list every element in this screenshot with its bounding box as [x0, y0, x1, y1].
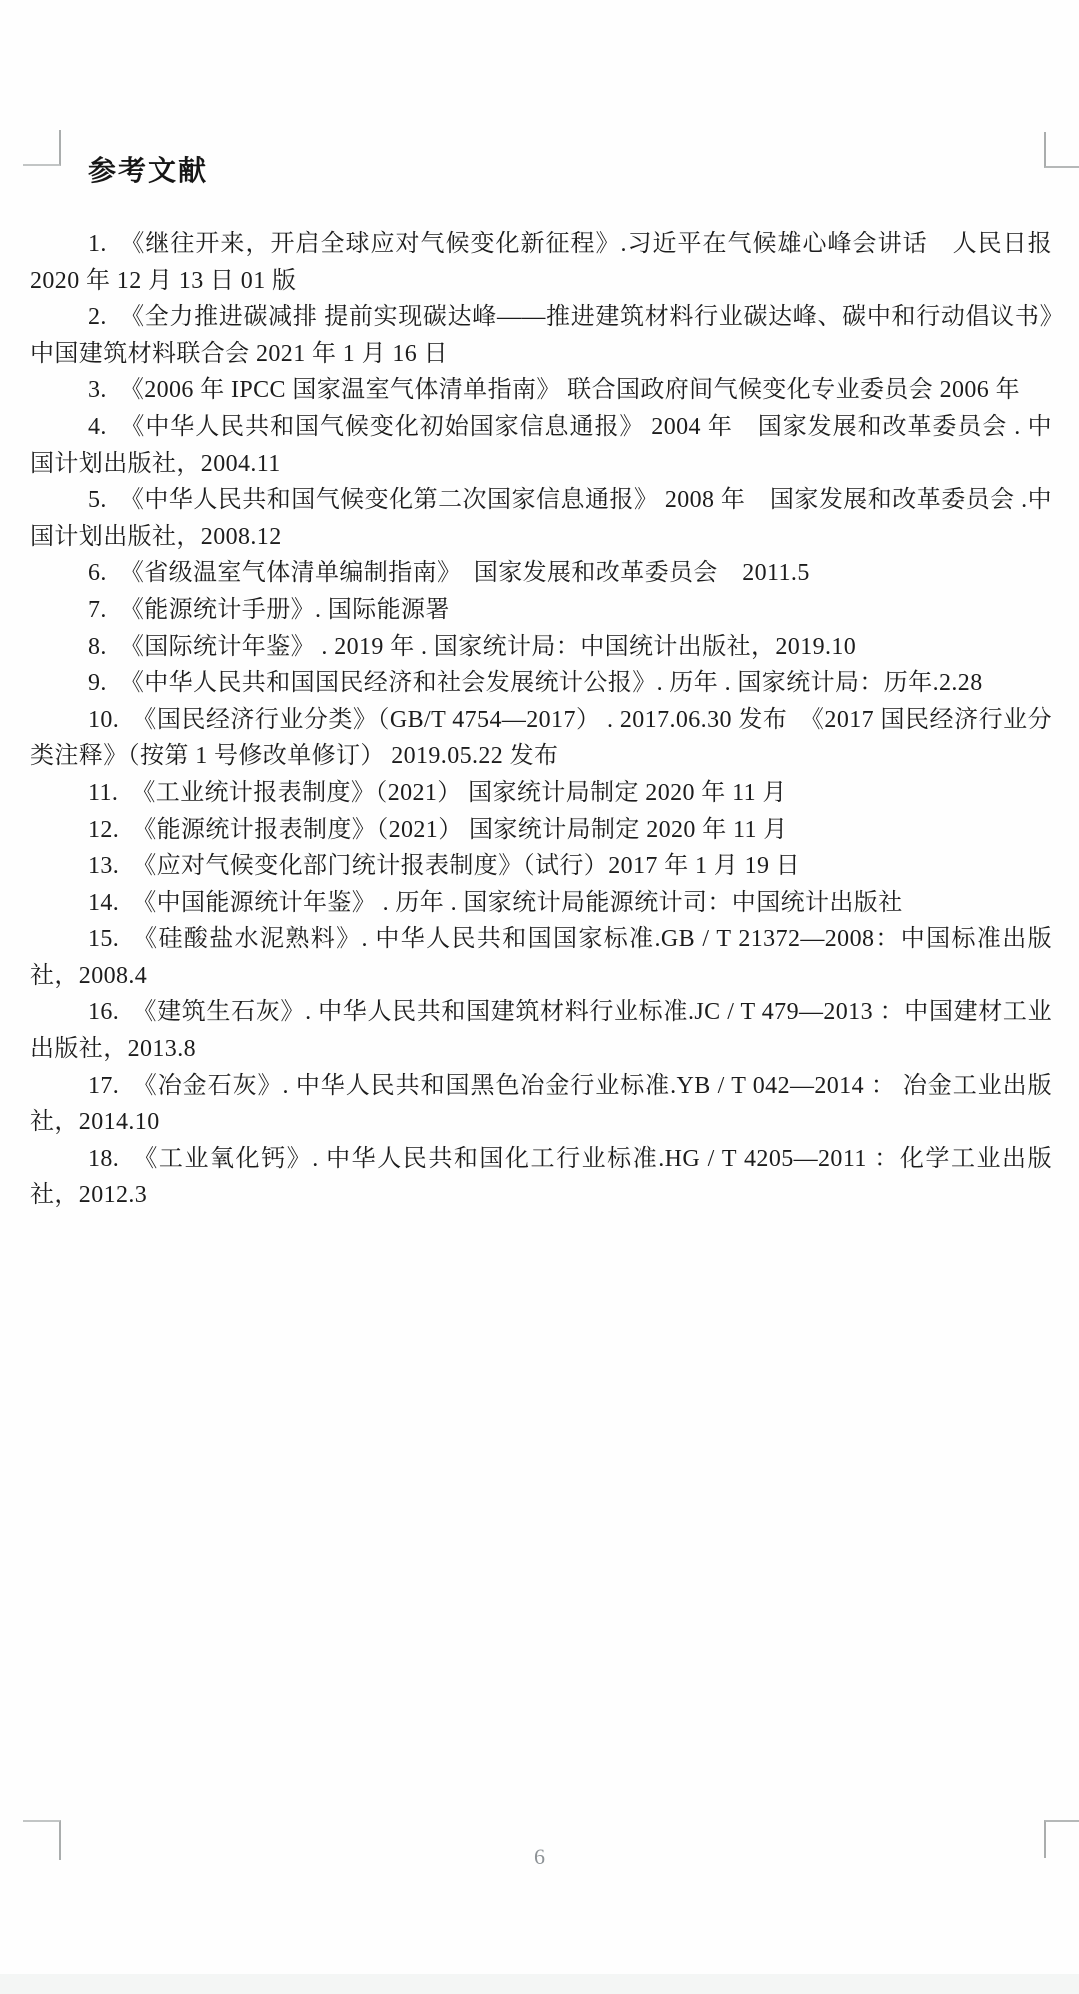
- reference-item: 6.《省级温室气体清单编制指南》 国家发展和改革委员会 2011.5: [30, 555, 1052, 592]
- reference-item: 1.《继往开来，开启全球应对气候变化新征程》.习近平在气候雄心峰会讲话 人民日报…: [30, 226, 1052, 299]
- reference-number: 14.: [88, 890, 119, 916]
- reference-text: 《冶金石灰》. 中华人民共和国黑色冶金行业标准.YB / T 042—2014 …: [30, 1073, 1052, 1136]
- reference-number: 18.: [88, 1146, 119, 1172]
- reference-number: 16.: [88, 999, 119, 1025]
- reference-item: 13.《应对气候变化部门统计报表制度》（试行）2017 年 1 月 19 日: [30, 848, 1052, 885]
- reference-text: 《中华人民共和国气候变化初始国家信息通报》 2004 年 国家发展和改革委员会 …: [30, 414, 1052, 477]
- reference-item: 10.《国民经济行业分类》（GB/T 4754—2017） . 2017.06.…: [30, 702, 1052, 775]
- reference-list: 1.《继往开来，开启全球应对气候变化新征程》.习近平在气候雄心峰会讲话 人民日报…: [30, 226, 1052, 1214]
- reference-item: 18.《工业氧化钙》. 中华人民共和国化工行业标准.HG / T 4205—20…: [30, 1141, 1052, 1214]
- reference-number: 5.: [88, 487, 107, 513]
- reference-number: 9.: [88, 670, 107, 696]
- reference-number: 10.: [88, 707, 119, 733]
- reference-item: 4.《中华人民共和国气候变化初始国家信息通报》 2004 年 国家发展和改革委员…: [30, 409, 1052, 482]
- reference-item: 7.《能源统计手册》. 国际能源署: [30, 592, 1052, 629]
- reference-text: 《应对气候变化部门统计报表制度》（试行）2017 年 1 月 19 日: [132, 853, 800, 879]
- reference-item: 8.《国际统计年鉴》 . 2019 年 . 国家统计局：中国统计出版社，2019…: [30, 629, 1052, 666]
- reference-text: 《国民经济行业分类》（GB/T 4754—2017） . 2017.06.30 …: [30, 707, 1052, 770]
- reference-item: 2.《全力推进碳减排 提前实现碳达峰——推进建筑材料行业碳达峰、碳中和行动倡议书…: [30, 299, 1052, 372]
- reference-number: 2.: [88, 304, 107, 330]
- reference-item: 12.《能源统计报表制度》（2021） 国家统计局制定 2020 年 11 月: [30, 812, 1052, 849]
- reference-text: 《国际统计年鉴》 . 2019 年 . 国家统计局：中国统计出版社，2019.1…: [120, 634, 856, 660]
- reference-text: 《建筑生石灰》. 中华人民共和国建筑材料行业标准.JC / T 479—2013…: [30, 999, 1052, 1062]
- reference-text: 《工业氧化钙》. 中华人民共和国化工行业标准.HG / T 4205—2011 …: [30, 1146, 1052, 1209]
- reference-text: 《工业统计报表制度》（2021） 国家统计局制定 2020 年 11 月: [131, 780, 787, 806]
- reference-number: 8.: [88, 634, 107, 660]
- reference-number: 6.: [88, 560, 107, 586]
- reference-number: 12.: [88, 817, 119, 843]
- reference-text: 《硅酸盐水泥熟料》. 中华人民共和国国家标准.GB / T 21372—2008…: [30, 926, 1052, 989]
- reference-item: 11.《工业统计报表制度》（2021） 国家统计局制定 2020 年 11 月: [30, 775, 1052, 812]
- reference-item: 5.《中华人民共和国气候变化第二次国家信息通报》 2008 年 国家发展和改革委…: [30, 482, 1052, 555]
- scan-corner-mark-top-right: [1044, 132, 1079, 168]
- reference-number: 4.: [88, 414, 107, 440]
- reference-text: 《能源统计报表制度》（2021） 国家统计局制定 2020 年 11 月: [132, 817, 788, 843]
- reference-text: 《2006 年 IPCC 国家温室气体清单指南》 联合国政府间气候变化专业委员会…: [120, 377, 1020, 403]
- reference-text: 《中国能源统计年鉴》 . 历年 . 国家统计局能源统计司：中国统计出版社: [132, 890, 902, 916]
- reference-text: 《省级温室气体清单编制指南》 国家发展和改革委员会 2011.5: [120, 560, 810, 586]
- reference-item: 17.《冶金石灰》. 中华人民共和国黑色冶金行业标准.YB / T 042—20…: [30, 1068, 1052, 1141]
- section-title: 参考文献: [88, 149, 208, 189]
- document-page: 参考文献 1.《继往开来，开启全球应对气候变化新征程》.习近平在气候雄心峰会讲话…: [0, 0, 1079, 1994]
- reference-item: 3.《2006 年 IPCC 国家温室气体清单指南》 联合国政府间气候变化专业委…: [30, 372, 1052, 409]
- reference-number: 17.: [88, 1073, 119, 1099]
- reference-item: 14.《中国能源统计年鉴》 . 历年 . 国家统计局能源统计司：中国统计出版社: [30, 885, 1052, 922]
- reference-number: 3.: [88, 377, 107, 403]
- reference-number: 11.: [88, 780, 118, 806]
- reference-text: 《中华人民共和国国民经济和社会发展统计公报》. 历年 . 国家统计局：历年.2.…: [120, 670, 983, 696]
- reference-text: 《中华人民共和国气候变化第二次国家信息通报》 2008 年 国家发展和改革委员会…: [30, 487, 1052, 550]
- reference-item: 16.《建筑生石灰》. 中华人民共和国建筑材料行业标准.JC / T 479—2…: [30, 994, 1052, 1067]
- reference-number: 1.: [88, 231, 107, 257]
- reference-number: 13.: [88, 853, 119, 879]
- reference-item: 9.《中华人民共和国国民经济和社会发展统计公报》. 历年 . 国家统计局：历年.…: [30, 665, 1052, 702]
- page-number: 6: [0, 1844, 1079, 1870]
- reference-number: 15.: [88, 926, 119, 952]
- reference-text: 《继往开来，开启全球应对气候变化新征程》.习近平在气候雄心峰会讲话 人民日报 2…: [30, 231, 1076, 294]
- scan-edge-strip: [0, 1974, 1079, 1994]
- reference-item: 15.《硅酸盐水泥熟料》. 中华人民共和国国家标准.GB / T 21372—2…: [30, 921, 1052, 994]
- reference-text: 《全力推进碳减排 提前实现碳达峰——推进建筑材料行业碳达峰、碳中和行动倡议书》中…: [30, 304, 1052, 367]
- scan-corner-mark-top-left: [23, 130, 61, 166]
- reference-text: 《能源统计手册》. 国际能源署: [120, 597, 450, 623]
- reference-number: 7.: [88, 597, 107, 623]
